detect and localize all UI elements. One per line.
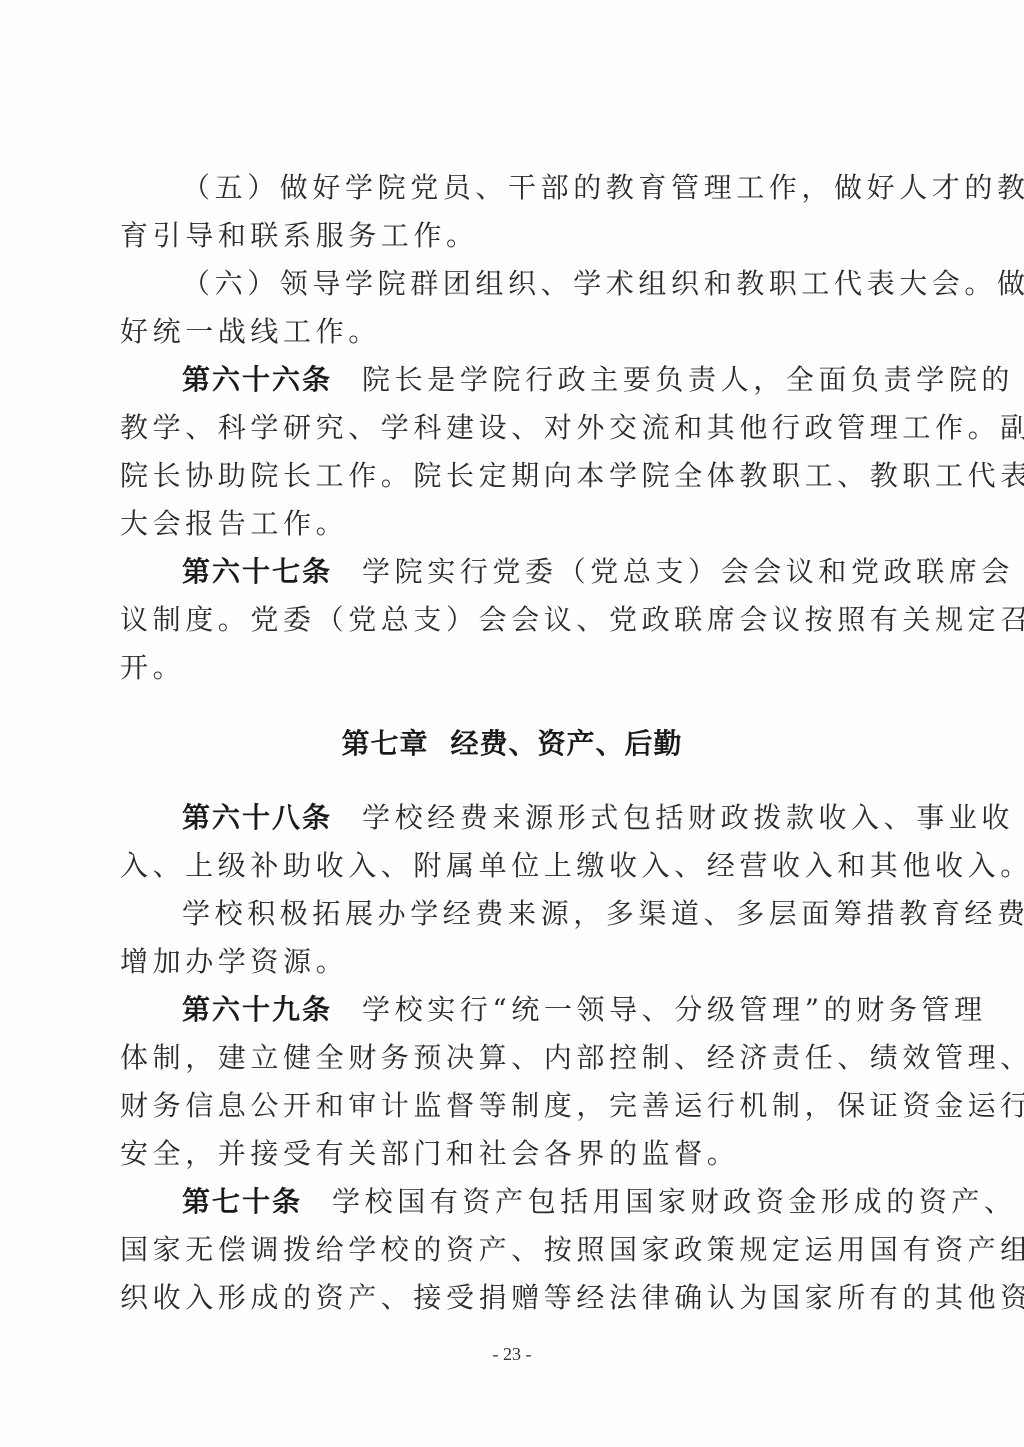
paragraph-item-6-line-1: （六）领导学院群团组织、学术组织和教职工代表大会。做: [182, 266, 910, 302]
article-66-line-4: 大会报告工作。: [120, 506, 910, 542]
chapter-heading: 第七章经费、资产、后勤: [0, 726, 1024, 762]
paragraph-item-5-line-1: （五）做好学院党员、干部的教育管理工作，做好人才的教: [182, 170, 910, 206]
document-page: （五）做好学院党员、干部的教育管理工作，做好人才的教 育引导和联系服务工作。 （…: [0, 0, 1024, 1447]
article-68-line-1: 第六十八条学校经费来源形式包括财政拨款收入、事业收: [182, 800, 910, 836]
article-68b-line-2: 增加办学资源。: [120, 944, 910, 980]
article-69-line-3: 财务信息公开和审计监督等制度，完善运行机制，保证资金运行: [120, 1088, 910, 1124]
paragraph-item-6-line-2: 好统一战线工作。: [120, 314, 910, 350]
paragraph-item-5-line-2: 育引导和联系服务工作。: [120, 218, 910, 254]
article-69-line-1: 第六十九条学校实行“统一领导、分级管理”的财务管理: [182, 992, 910, 1028]
article-66-heading: 第六十六条: [182, 363, 332, 396]
article-66-line-3: 院长协助院长工作。院长定期向本学院全体教职工、教职工代表: [120, 458, 910, 494]
article-67-line-2: 议制度。党委（党总支）会会议、党政联席会议按照有关规定召: [120, 602, 910, 638]
chapter-title: 经费、资产、后勤: [451, 727, 683, 760]
article-70-line-2: 国家无偿调拨给学校的资产、按照国家政策规定运用国有资产组: [120, 1232, 910, 1268]
article-67-heading: 第六十七条: [182, 555, 332, 588]
article-68-heading: 第六十八条: [182, 801, 332, 834]
article-68-line-2: 入、上级补助收入、附属单位上缴收入、经营收入和其他收入。: [120, 848, 910, 884]
article-69-line-4: 安全，并接受有关部门和社会各界的监督。: [120, 1136, 910, 1172]
chapter-number: 第七章: [341, 727, 428, 760]
article-66-line-1: 第六十六条院长是学院行政主要负责人，全面负责学院的: [182, 362, 910, 398]
article-69-line-2: 体制，建立健全财务预决算、内部控制、经济责任、绩效管理、: [120, 1040, 910, 1076]
page-number: - 23 -: [0, 1344, 1024, 1365]
article-68b-line-1: 学校积极拓展办学经费来源，多渠道、多层面筹措教育经费，: [182, 896, 910, 932]
article-69-heading: 第六十九条: [182, 993, 332, 1026]
article-70-line-3: 织收入形成的资产、接受捐赠等经法律确认为国家所有的其他资: [120, 1280, 910, 1316]
article-70-line-1: 第七十条学校国有资产包括用国家财政资金形成的资产、: [182, 1184, 910, 1220]
article-67-line-1: 第六十七条学院实行党委（党总支）会会议和党政联席会: [182, 554, 910, 590]
article-66-line-2: 教学、科学研究、学科建设、对外交流和其他行政管理工作。副: [120, 410, 910, 446]
article-67-line-3: 开。: [120, 650, 910, 686]
article-70-heading: 第七十条: [182, 1185, 302, 1218]
